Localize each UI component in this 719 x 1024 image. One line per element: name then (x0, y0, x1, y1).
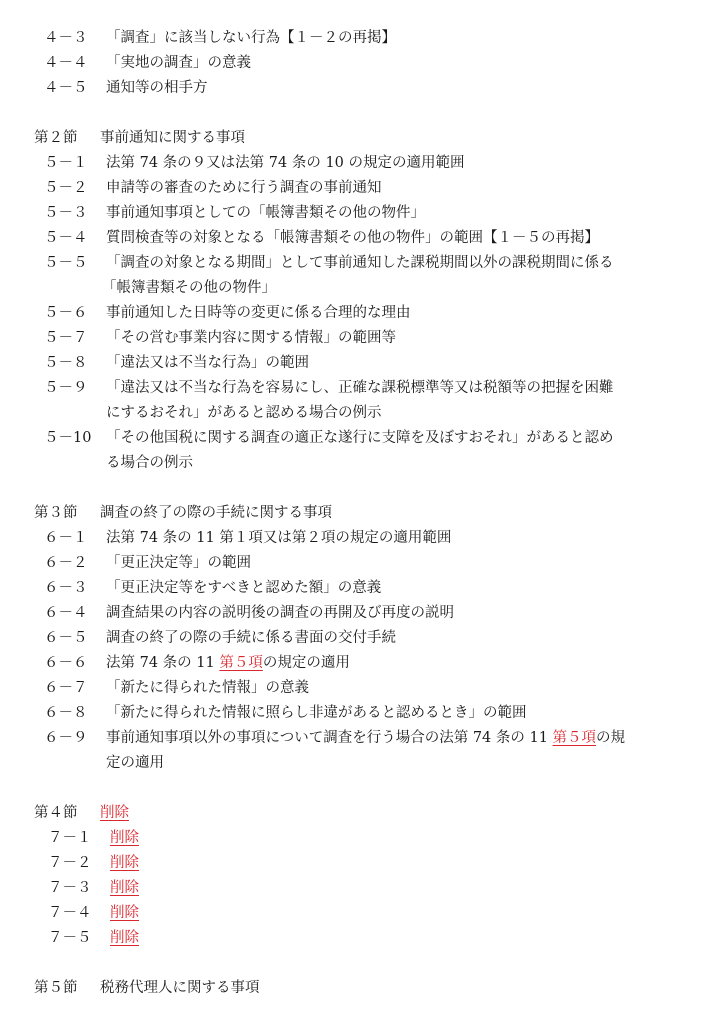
item-text-after: の規定の適用 (263, 655, 350, 671)
item-text: 「新たに得られた情報」の意義 (106, 676, 309, 701)
item-number: ５－４ (44, 226, 106, 251)
section-number: 第３節 (34, 501, 100, 526)
section-title: 税務代理人に関する事項 (100, 980, 260, 996)
item-text: 「更正決定等」の範囲 (106, 551, 251, 576)
item-text-deleted[interactable]: 削除 (110, 851, 139, 876)
item-text: 申請等の審査のために行う調査の事前通知 (106, 176, 382, 201)
item-text: 事前通知事項以外の事項について調査を行う場合の法第 74 条の 11 第５項の規 (106, 726, 625, 751)
item-number: ６－６ (44, 651, 106, 676)
spacer (0, 776, 719, 801)
item-text: 「実地の調査」の意義 (106, 51, 251, 76)
list-item: ５－８ 「違法又は不当な行為」の範囲 (0, 351, 719, 376)
item-text: 「調査の対象となる期間」として事前通知した課税期間以外の課税期間に係る (106, 251, 614, 276)
item-text: 法第 74 条の９又は法第 74 条の 10 の規定の適用範囲 (106, 151, 465, 176)
list-item: ７－２ 削除 (0, 851, 719, 876)
item-text: 調査結果の内容の説明後の調査の再開及び再度の説明 (106, 601, 454, 626)
list-item: ５－５ 「調査の対象となる期間」として事前通知した課税期間以外の課税期間に係る (0, 251, 719, 276)
item-text-deleted[interactable]: 削除 (110, 901, 139, 926)
item-continuation: にするおそれ」があると認める場合の例示 (0, 401, 719, 426)
item-number: ６－２ (44, 551, 106, 576)
section-heading: 第５節税務代理人に関する事項 (0, 976, 719, 1001)
section-title: 事前通知に関する事項 (100, 130, 245, 146)
item-number: ４－４ (44, 51, 106, 76)
item-number: ４－５ (44, 76, 106, 101)
section-heading: 第４節削除 (0, 801, 719, 826)
item-text-deleted[interactable]: 削除 (110, 876, 139, 901)
item-number: ５－１ (44, 151, 106, 176)
item-number: ７－５ (48, 926, 110, 951)
list-item: ５－７ 「その営む事業内容に関する情報」の範囲等 (0, 326, 719, 351)
list-item: ６－２ 「更正決定等」の範囲 (0, 551, 719, 576)
item-text: 「調査」に該当しない行為【１－２の再掲】 (106, 26, 396, 51)
section-number: 第４節 (34, 801, 100, 826)
section-title: 調査の終了の際の手続に関する事項 (100, 505, 332, 521)
section-number: 第２節 (34, 126, 100, 151)
item-number: ６－７ (44, 676, 106, 701)
spacer (0, 951, 719, 976)
item-text: 「違法又は不当な行為を容易にし、正確な課税標準等又は税額等の把握を困難 (106, 376, 614, 401)
item-text-before: 事前通知事項以外の事項について調査を行う場合の法第 74 条の 11 (106, 730, 553, 746)
item-continuation: る場合の例示 (0, 451, 719, 476)
item-number: ６－１ (44, 526, 106, 551)
item-text: 「違法又は不当な行為」の範囲 (106, 351, 309, 376)
item-number: ６－４ (44, 601, 106, 626)
list-item: ４－３ 「調査」に該当しない行為【１－２の再掲】 (0, 26, 719, 51)
item-text: 「その他国税に関する調査の適正な遂行に支障を及ぼすおそれ」があると認め (106, 426, 614, 451)
list-item: ５－１ 法第 74 条の９又は法第 74 条の 10 の規定の適用範囲 (0, 151, 719, 176)
item-text: 「その営む事業内容に関する情報」の範囲等 (106, 326, 396, 351)
list-item: ５－６ 事前通知した日時等の変更に係る合理的な理由 (0, 301, 719, 326)
item-number: ６－８ (44, 701, 106, 726)
item-number: ５－８ (44, 351, 106, 376)
item-text: 質問検査等の対象となる「帳簿書類その他の物件」の範囲【１－５の再掲】 (106, 226, 599, 251)
item-continuation: 定の適用 (0, 751, 719, 776)
list-item: ５－９ 「違法又は不当な行為を容易にし、正確な課税標準等又は税額等の把握を困難 (0, 376, 719, 401)
list-item: ４－４ 「実地の調査」の意義 (0, 51, 719, 76)
list-item: ６－７ 「新たに得られた情報」の意義 (0, 676, 719, 701)
item-number: ５－２ (44, 176, 106, 201)
list-item: ６－５ 調査の終了の際の手続に係る書面の交付手続 (0, 626, 719, 651)
revision-link[interactable]: 第５項 (553, 730, 597, 746)
spacer (0, 101, 719, 126)
revision-link[interactable]: 第５項 (219, 655, 263, 671)
list-item: ５－４ 質問検査等の対象となる「帳簿書類その他の物件」の範囲【１－５の再掲】 (0, 226, 719, 251)
item-text-deleted[interactable]: 削除 (110, 826, 139, 851)
item-number: ７－４ (48, 901, 110, 926)
item-number: ７－１ (48, 826, 110, 851)
list-item: ５－３ 事前通知事項としての「帳簿書類その他の物件」 (0, 201, 719, 226)
item-number: ６－９ (44, 726, 106, 751)
list-item: ６－８ 「新たに得られた情報に照らし非違があると認めるとき」の範囲 (0, 701, 719, 726)
list-item: ７－５ 削除 (0, 926, 719, 951)
item-number: ５－３ (44, 201, 106, 226)
list-item: ４－５ 通知等の相手方 (0, 76, 719, 101)
list-item: ７－１ 削除 (0, 826, 719, 851)
list-item: ６－３ 「更正決定等をすべきと認めた額」の意義 (0, 576, 719, 601)
item-number: ６－５ (44, 626, 106, 651)
item-number: ５－５ (44, 251, 106, 276)
list-item: ７－４ 削除 (0, 901, 719, 926)
item-number: ７－２ (48, 851, 110, 876)
document-page: ４－３ 「調査」に該当しない行為【１－２の再掲】 ４－４ 「実地の調査」の意義 … (0, 26, 719, 1001)
item-text: 通知等の相手方 (106, 76, 208, 101)
list-item: ７－３ 削除 (0, 876, 719, 901)
item-text: 法第 74 条の 11 第１項又は第２項の規定の適用範囲 (106, 526, 451, 551)
section-title-deleted[interactable]: 削除 (100, 805, 129, 821)
list-item: ６－１ 法第 74 条の 11 第１項又は第２項の規定の適用範囲 (0, 526, 719, 551)
section-heading: 第３節調査の終了の際の手続に関する事項 (0, 501, 719, 526)
list-item: ６－６ 法第 74 条の 11 第５項の規定の適用 (0, 651, 719, 676)
item-text: 「新たに得られた情報に照らし非違があると認めるとき」の範囲 (106, 701, 527, 726)
item-number: ６－３ (44, 576, 106, 601)
list-item: ５－10 「その他国税に関する調査の適正な遂行に支障を及ぼすおそれ」があると認め (0, 426, 719, 451)
item-number: ５－６ (44, 301, 106, 326)
item-text-after: の規 (596, 730, 625, 746)
section-number: 第５節 (34, 976, 100, 1001)
list-item: ５－２ 申請等の審査のために行う調査の事前通知 (0, 176, 719, 201)
item-continuation: 「帳簿書類その他の物件」 (0, 276, 719, 301)
item-text: 法第 74 条の 11 第５項の規定の適用 (106, 651, 350, 676)
item-number: ４－３ (44, 26, 106, 51)
item-text: 調査の終了の際の手続に係る書面の交付手続 (106, 626, 396, 651)
spacer (0, 476, 719, 501)
item-text: 事前通知事項としての「帳簿書類その他の物件」 (106, 201, 425, 226)
list-item: ６－９ 事前通知事項以外の事項について調査を行う場合の法第 74 条の 11 第… (0, 726, 719, 751)
item-text: 事前通知した日時等の変更に係る合理的な理由 (106, 301, 411, 326)
item-number: ５－10 (44, 426, 106, 451)
item-number: ５－９ (44, 376, 106, 401)
item-text-before: 法第 74 条の 11 (106, 655, 219, 671)
item-text-deleted[interactable]: 削除 (110, 926, 139, 951)
list-item: ６－４ 調査結果の内容の説明後の調査の再開及び再度の説明 (0, 601, 719, 626)
item-number: ７－３ (48, 876, 110, 901)
item-text: 「更正決定等をすべきと認めた額」の意義 (106, 576, 381, 601)
section-heading: 第２節事前通知に関する事項 (0, 126, 719, 151)
item-number: ５－７ (44, 326, 106, 351)
